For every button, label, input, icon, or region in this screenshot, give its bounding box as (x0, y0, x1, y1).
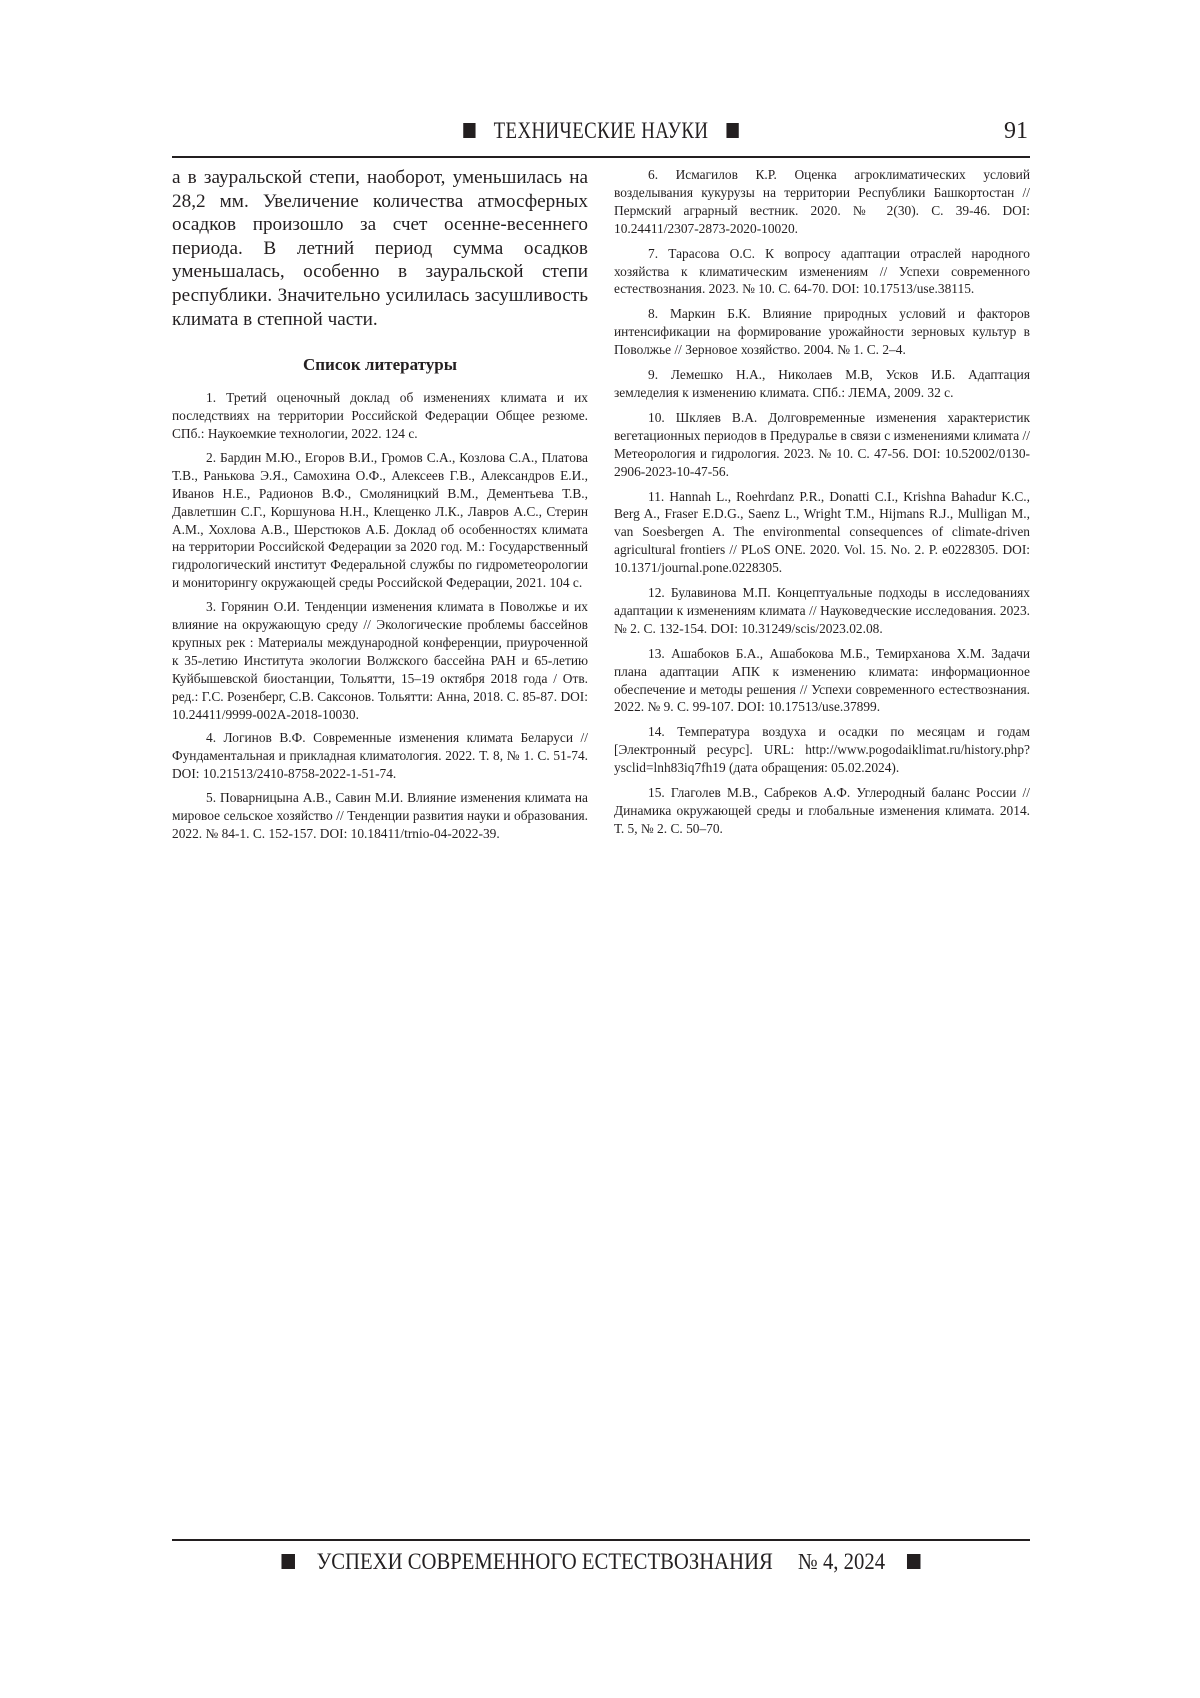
reference-item: 6. Исмагилов К.Р. Оценка агроклиматическ… (614, 166, 1030, 238)
square-bullet-icon (282, 1554, 296, 1569)
body-paragraph: а в зауральской степи, наоборот, уменьши… (172, 166, 588, 331)
running-head: ТЕХНИЧЕСКИЕ НАУКИ 91 (172, 118, 1030, 152)
reference-item: 9. Лемешко Н.А., Николаев М.В, Усков И.Б… (614, 366, 1030, 402)
reference-item: 11. Hannah L., Roehrdanz P.R., Donatti C… (614, 488, 1030, 578)
section-header: ТЕХНИЧЕСКИЕ НАУКИ (249, 118, 953, 144)
reference-item: 10. Шкляев В.А. Долговременные изменения… (614, 409, 1030, 481)
header-rule (172, 156, 1030, 158)
square-bullet-icon (907, 1554, 921, 1569)
journal-title: УСПЕХИ СОВРЕМЕННОГО ЕСТЕСТВОЗНАНИЯ (317, 1549, 773, 1574)
section-title: ТЕХНИЧЕСКИЕ НАУКИ (494, 118, 709, 143)
left-column: а в зауральской степи, наоборот, уменьши… (172, 166, 588, 849)
reference-item: 8. Маркин Б.К. Влияние природных условий… (614, 305, 1030, 359)
reference-item: 4. Логинов В.Ф. Современные изменения кл… (172, 729, 588, 783)
reference-item: 1. Третий оценочный доклад об изменениях… (172, 389, 588, 443)
reference-item: 5. Поварницына А.В., Савин М.И. Влияние … (172, 789, 588, 843)
square-bullet-icon (726, 123, 738, 138)
reference-item: 14. Температура воздуха и осадки по меся… (614, 723, 1030, 777)
references-title: Список литературы (172, 355, 588, 375)
reference-item: 2. Бардин М.Ю., Егоров В.И., Громов С.А.… (172, 449, 588, 592)
page-number: 91 (1004, 118, 1028, 145)
square-bullet-icon (463, 123, 475, 138)
right-column: 6. Исмагилов К.Р. Оценка агроклиматическ… (614, 166, 1030, 845)
issue-number: № 4, 2024 (798, 1549, 885, 1574)
footer-rule (172, 1539, 1030, 1541)
reference-item: 13. Ашабоков Б.А., Ашабокова М.Б., Темир… (614, 645, 1030, 717)
reference-item: 12. Булавинова М.П. Концептуальные подхо… (614, 584, 1030, 638)
reference-item: 3. Горянин О.И. Тенденции изменения клим… (172, 598, 588, 723)
running-footer: УСПЕХИ СОВРЕМЕННОГО ЕСТЕСТВОЗНАНИЯ№ 4, 2… (172, 1549, 1030, 1575)
reference-item: 15. Глаголев М.В., Сабреков А.Ф. Углерод… (614, 784, 1030, 838)
reference-item: 7. Тарасова О.С. К вопросу адаптации отр… (614, 245, 1030, 299)
